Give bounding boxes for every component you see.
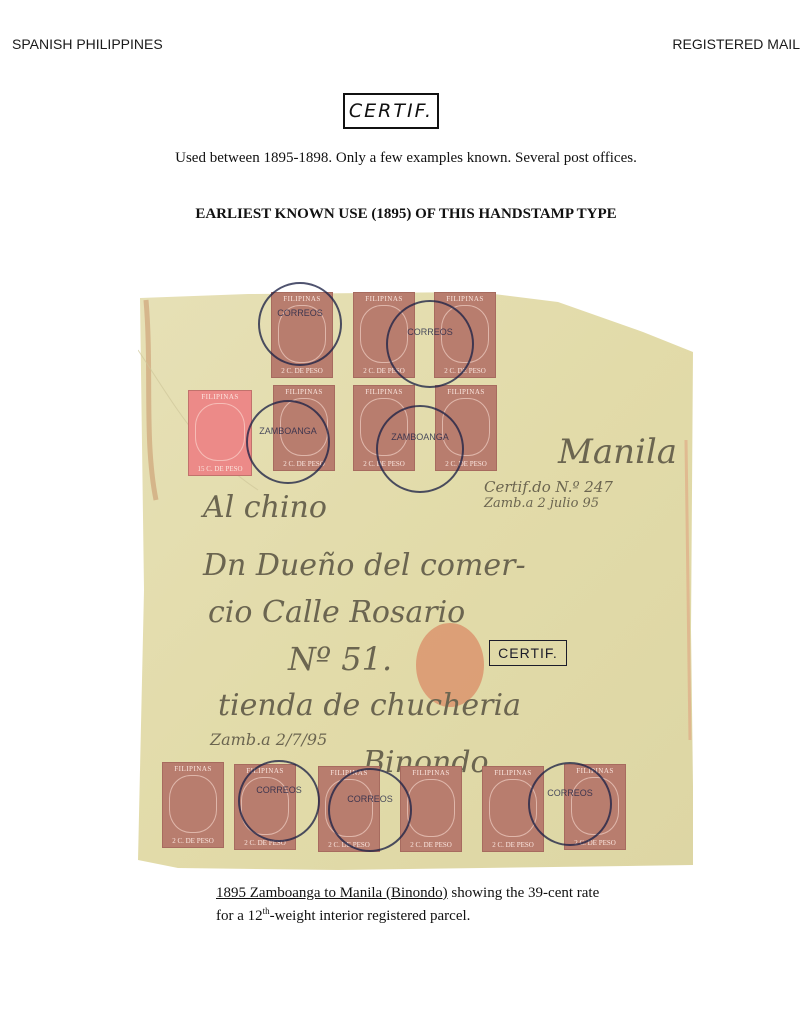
handwriting-line: Nº 51. bbox=[288, 640, 392, 678]
postmark: ZAMBOANGA bbox=[376, 405, 464, 493]
handwriting-destination: Manila bbox=[558, 432, 677, 472]
postmark: CORREOS bbox=[528, 762, 612, 846]
handwriting-line: cio Calle Rosario bbox=[208, 595, 465, 630]
handwriting-line: tienda de chucheria bbox=[218, 688, 521, 723]
postmark: CORREOS bbox=[258, 282, 342, 366]
postmark: CORREOS bbox=[328, 768, 412, 852]
caption: 1895 Zamboanga to Manila (Binondo) showi… bbox=[216, 884, 599, 925]
handwriting-line: Al chino bbox=[203, 490, 327, 525]
stamp-2c: FILIPINAS 2 C. DE PESO bbox=[162, 762, 224, 848]
caption-rest: showing the 39-cent rate bbox=[448, 885, 600, 901]
handwriting-line: Dn Dueño del comer- bbox=[203, 548, 526, 583]
caption-underlined: 1895 Zamboanga to Manila (Binondo) bbox=[216, 885, 448, 901]
heading: EARLIEST KNOWN USE (1895) OF THIS HANDST… bbox=[0, 206, 812, 223]
handwriting-registration-date: Zamb.a 2 julio 95 bbox=[484, 496, 599, 511]
postmark: ZAMBOANGA bbox=[246, 400, 330, 484]
registered-cover: FILIPINAS 2 C. DE PESO FILIPINAS 2 C. DE… bbox=[138, 290, 693, 875]
stamp-15c: FILIPINAS 15 C. DE PESO bbox=[188, 390, 252, 476]
subtitle: Used between 1895-1898. Only a few examp… bbox=[0, 150, 812, 167]
certif-handstamp: CERTIF. bbox=[489, 640, 567, 666]
postmark: CORREOS bbox=[386, 300, 474, 388]
header-right: REGISTERED MAIL bbox=[672, 36, 800, 52]
header-left: SPANISH PHILIPPINES bbox=[12, 36, 163, 52]
postmark: CORREOS bbox=[238, 760, 320, 842]
certif-handstamp-example: CERTIF. bbox=[343, 93, 439, 129]
handwriting-registration-number: Certif.do N.º 247 bbox=[484, 478, 613, 496]
handwriting-date: Zamb.a 2/7/95 bbox=[210, 730, 327, 749]
